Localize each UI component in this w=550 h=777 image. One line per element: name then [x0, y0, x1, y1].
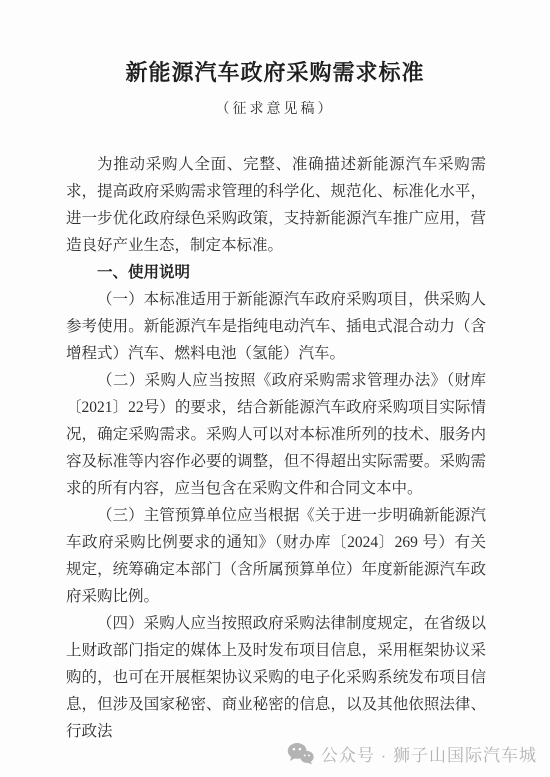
paragraph-item-3: （三）主管预算单位应当根据《关于进一步明确新能源汽车政府采购比例要求的通知》（财… [66, 502, 486, 610]
paragraph-item-2: （二）采购人应当按照《政府采购需求管理办法》（财库〔2021〕22号）的要求，结… [66, 367, 486, 502]
watermark-label: 公众号 · 狮子山国际汽车城 [321, 741, 537, 766]
document-subtitle: （征求意见稿） [0, 98, 550, 118]
document-title: 新能源汽车政府采购需求标准 [0, 56, 550, 87]
intro-paragraph: 为推动采购人全面、完整、准确描述新能源汽车采购需求，提高政府采购需求管理的科学化… [66, 151, 486, 259]
document-body: 为推动采购人全面、完整、准确描述新能源汽车采购需求，提高政府采购需求管理的科学化… [66, 151, 486, 745]
wechat-watermark: 公众号 · 狮子山国际汽车城 [287, 741, 537, 766]
paragraph-item-4: （四）采购人应当按照政府采购法律制度规定，在省级以上财政部门指定的媒体上及时发布… [66, 610, 486, 745]
paragraph-item-1: （一）本标准适用于新能源汽车政府采购项目，供采购人参考使用。新能源汽车是指纯电动… [66, 286, 486, 367]
document-page: 新能源汽车政府采购需求标准 （征求意见稿） 为推动采购人全面、完整、准确描述新能… [0, 0, 550, 777]
section-heading-usage-notes: 一、使用说明 [66, 259, 486, 286]
wechat-icon [287, 742, 314, 765]
